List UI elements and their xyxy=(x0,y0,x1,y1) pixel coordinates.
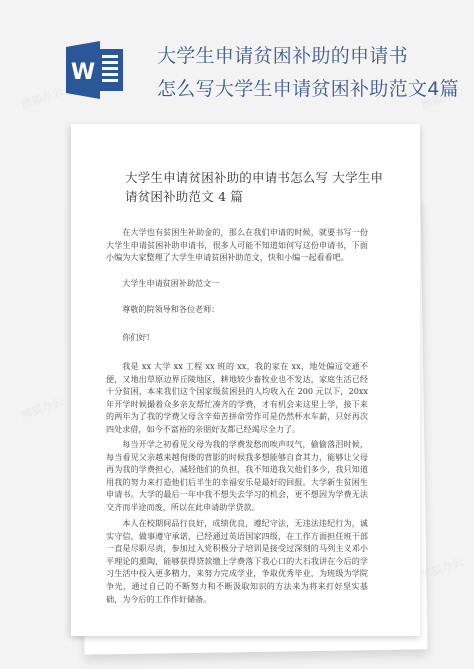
hero-title: 大学生申请贫困补助的申请书 怎么写大学生申请贫困补助范文4篇 xyxy=(157,40,467,106)
word-icon-letter: W xyxy=(71,60,95,85)
paragraph-conduct: 本人在校期间品行良好，成绩优良，遵纪守法，无违法违纪行为，诚实守信，做事遵守承诺… xyxy=(106,517,368,605)
document-page: 大学生申请贫困补助的申请书怎么写 大学生申请贫困补助范文 4 篇 在大学也有贫困… xyxy=(71,124,420,636)
document-title: 大学生申请贫困补助的申请书怎么写 大学生申请贫困补助范文 4 篇 xyxy=(125,168,385,206)
header: W 大学生申请贫困补助的申请书 怎么写大学生申请贫困补助范文4篇 xyxy=(0,0,474,120)
watermark: 熊猫办公 xyxy=(19,393,66,423)
hero-title-line1: 大学生申请贫困补助的申请书 xyxy=(157,40,467,73)
word-icon: W xyxy=(66,41,126,99)
paragraph-parents: 每当开学之初看见父母为我的学费发愁而唉声叹气，偷偷落泪时候，每当看见父亲越来越佝… xyxy=(106,438,368,514)
paragraph-sample-heading: 大学生申请贫困补助范文一 xyxy=(106,277,368,290)
paragraph-background: 我是 xx 大学 xx 工程 xx 班的 xx，我的家在 xx，地处偏远交通不便… xyxy=(106,360,368,436)
paragraph-greeting: 你们好! xyxy=(106,331,368,344)
hero-title-line2: 怎么写大学生申请贫困补助范文4篇 xyxy=(157,73,467,106)
paragraph-intro: 在大学也有贫困生补助金的，那么在我们申请的时候，就要书写一份大学生申请贫困补助申… xyxy=(106,226,368,264)
paragraph-salutation: 尊敬的院领导和各位老师： xyxy=(106,303,368,316)
